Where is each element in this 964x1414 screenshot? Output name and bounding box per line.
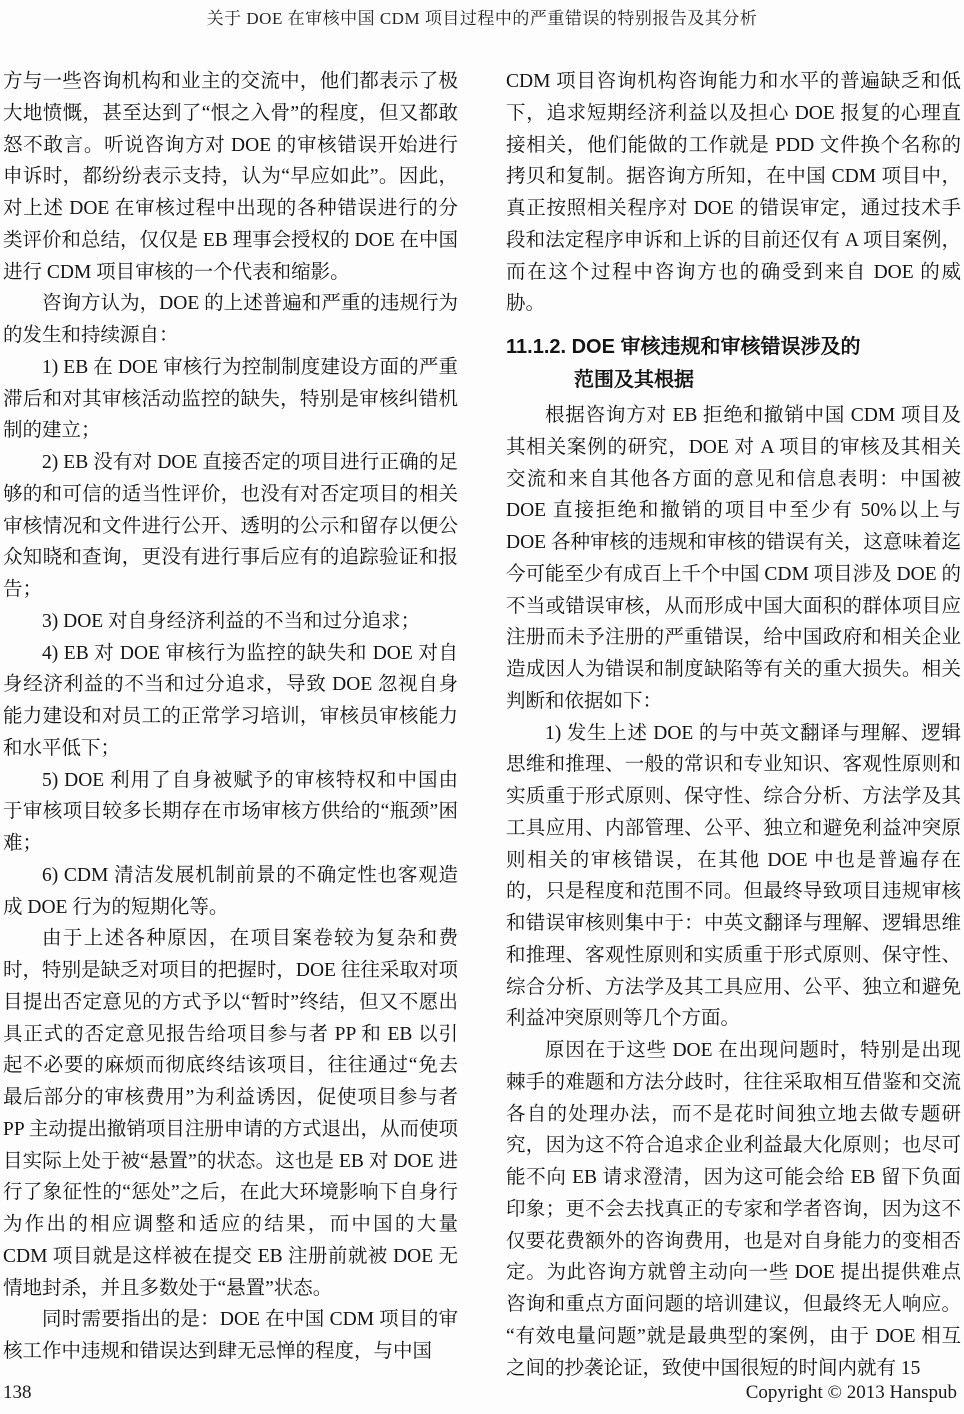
running-header-title: 关于 DOE 在审核中国 CDM 项目过程中的严重错误的特别报告及其分析 <box>0 4 964 29</box>
paragraph: 6) CDM 清洁发展机制前景的不确定性也客观造成 DOE 行为的短期化等。 <box>3 860 458 924</box>
paragraph: 原因在于这些 DOE 在出现问题时，特别是出现棘手的难题和方法分歧时，往往采取相… <box>506 1035 961 1384</box>
right-column-top-paragraphs: CDM 项目咨询机构咨询能力和水平的普遍缺乏和低下，追求短期经济利益以及担心 D… <box>506 66 961 320</box>
paragraph: 同时需要指出的是：DOE 在中国 CDM 项目的审核工作中违规和错误达到肆无忌惮… <box>3 1304 458 1368</box>
section-heading-line2: 范围及其根据 <box>506 364 961 397</box>
paragraph: 根据咨询方对 EB 拒绝和撤销中国 CDM 项目及其相关案例的研究，DOE 对 … <box>506 400 961 718</box>
paragraph: 方与一些咨询机构和业主的交流中，他们都表示了极大地愤慨，甚至达到了“恨之入骨”的… <box>3 66 458 288</box>
page-number: 138 <box>3 1382 32 1404</box>
paragraph: 咨询方认为，DOE 的上述普遍和严重的违规行为的发生和持续源自： <box>3 288 458 352</box>
right-column-bottom-paragraphs: 根据咨询方对 EB 拒绝和撤销中国 CDM 项目及其相关案例的研究，DOE 对 … <box>506 400 961 1384</box>
section-heading: 11.1.2. DOE 审核违规和审核错误涉及的 范围及其根据 <box>506 331 961 397</box>
paragraph: 3) DOE 对自身经济利益的不当和过分追求； <box>3 606 458 638</box>
two-column-body: 方与一些咨询机构和业主的交流中，他们都表示了极大地愤慨，甚至达到了“恨之入骨”的… <box>3 66 961 1384</box>
document-page: 关于 DOE 在审核中国 CDM 项目过程中的严重错误的特别报告及其分析 方与一… <box>0 0 964 1414</box>
paragraph: 4) EB 对 DOE 审核行为监控的缺失和 DOE 对自身经济利益的不当和过分… <box>3 638 458 765</box>
paragraph: 1) EB 在 DOE 审核行为控制制度建设方面的严重滞后和对其审核活动监控的缺… <box>3 352 458 447</box>
paragraph: CDM 项目咨询机构咨询能力和水平的普遍缺乏和低下，追求短期经济利益以及担心 D… <box>506 66 961 320</box>
section-heading-line1: 11.1.2. DOE 审核违规和审核错误涉及的 <box>506 331 961 364</box>
paragraph: 1) 发生上述 DOE 的与中英文翻译与理解、逻辑思维和推理、一般的常识和专业知… <box>506 718 961 1036</box>
copyright-notice: Copyright © 2013 Hanspub <box>746 1382 957 1404</box>
paragraph: 2) EB 没有对 DOE 直接否定的项目进行正确的足够的和可信的适当性评价，也… <box>3 447 458 606</box>
paragraph: 由于上述各种原因，在项目案卷较为复杂和费时，特别是缺乏对项目的把握时，DOE 往… <box>3 923 458 1304</box>
right-column: CDM 项目咨询机构咨询能力和水平的普遍缺乏和低下，追求短期经济利益以及担心 D… <box>506 66 961 1384</box>
paragraph: 5) DOE 利用了自身被赋予的审核特权和中国由于审核项目较多长期存在市场审核方… <box>3 765 458 860</box>
page-footer: 138 Copyright © 2013 Hanspub <box>3 1382 957 1404</box>
left-column: 方与一些咨询机构和业主的交流中，他们都表示了极大地愤慨，甚至达到了“恨之入骨”的… <box>3 66 458 1384</box>
